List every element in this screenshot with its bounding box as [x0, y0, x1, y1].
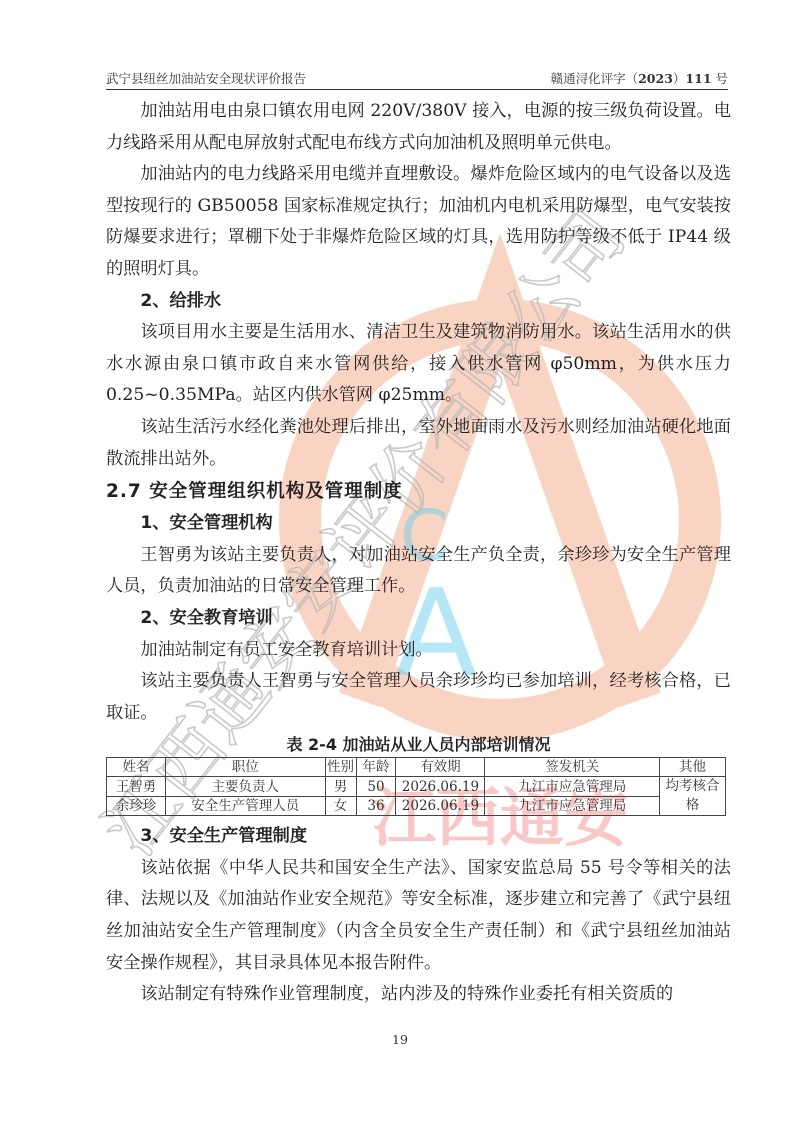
cell-position: 主要负责人: [165, 777, 325, 797]
paragraph-regulations: 该站依据《中华人民共和国安全生产法》、国家安监总局 55 号令等相关的法律、法规…: [106, 853, 731, 979]
cell-age: 50: [356, 777, 396, 797]
document-body: 加油站用电由泉口镇农用电网 220V/380V 接入，电源的按三级负荷设置。电力…: [106, 96, 731, 1011]
cell-age: 36: [356, 796, 396, 816]
cell-gender: 男: [325, 777, 356, 797]
header-cell: 年龄: [356, 758, 396, 777]
cell-issuer: 九江市应急管理局: [485, 777, 660, 797]
paragraph-water-supply: 该项目用水主要是生活用水、清洁卫生及建筑物消防用水。该站生活用水的供水水源由泉口…: [106, 317, 731, 412]
paragraph-training-plan: 加油站制定有员工安全教育培训计划。: [106, 635, 731, 667]
section-title: 2.7 安全管理组织机构及管理制度: [106, 475, 731, 508]
cell-validity: 2026.06.19: [396, 796, 485, 816]
paragraph-organization: 王智勇为该站主要负责人，对加油站安全生产负全责，余珍珍为安全生产管理人员，负责加…: [106, 540, 731, 603]
header-cell: 姓名: [107, 758, 166, 777]
subheading-organization: 1、安全管理机构: [106, 508, 731, 540]
cell-other-merged: 均考核合格: [660, 777, 726, 816]
subheading-water: 2、给排水: [106, 286, 731, 318]
table-caption: 表 2-4 加油站从业人员内部培训情况: [106, 733, 731, 757]
cell-name: 王智勇: [107, 777, 166, 797]
header-cell: 有效期: [396, 758, 485, 777]
cell-gender: 女: [325, 796, 356, 816]
cell-name: 余珍珍: [107, 796, 166, 816]
report-number: 赣通浔化评字（2023）111 号: [551, 69, 728, 87]
header-cell: 职位: [165, 758, 325, 777]
paragraph-drainage: 该站生活污水经化粪池处理后排出，室外地面雨水及污水则经加油站硬化地面散流排出站外…: [106, 412, 731, 475]
paragraph-electrical-lines: 加油站内的电力线路采用电缆并直埋敷设。爆炸危险区域内的电气设备以及选型按现行的 …: [106, 159, 731, 285]
document-page: A C 江西通安 江西通安安评价有限公司 武宁县纽丝加油站安全现状评价报告 赣通…: [0, 0, 800, 1131]
cell-issuer: 九江市应急管理局: [485, 796, 660, 816]
paragraph-training-status: 该站主要负责人王智勇与安全管理人员余珍珍均已参加培训，经考核合格，已取证。: [106, 666, 731, 729]
page-number: 19: [0, 1032, 800, 1047]
header-cell: 其他: [660, 758, 726, 777]
paragraph-special-operations: 该站制定有特殊作业管理制度，站内涉及的特殊作业委托有相关资质的: [106, 979, 731, 1011]
table-header-row: 姓名 职位 性别 年龄 有效期 签发机关 其他: [107, 758, 726, 777]
training-table: 姓名 职位 性别 年龄 有效期 签发机关 其他 王智勇 主要负责人 男 50 2…: [106, 757, 726, 816]
subheading-training: 2、安全教育培训: [106, 603, 731, 635]
paragraph-power-supply: 加油站用电由泉口镇农用电网 220V/380V 接入，电源的按三级负荷设置。电力…: [106, 96, 731, 159]
subheading-management-system: 3、安全生产管理制度: [106, 821, 731, 853]
table-row: 余珍珍 安全生产管理人员 女 36 2026.06.19 九江市应急管理局: [107, 796, 726, 816]
header-cell: 性别: [325, 758, 356, 777]
cell-position: 安全生产管理人员: [165, 796, 325, 816]
cell-validity: 2026.06.19: [396, 777, 485, 797]
table-row: 王智勇 主要负责人 男 50 2026.06.19 九江市应急管理局 均考核合格: [107, 777, 726, 797]
report-title: 武宁县纽丝加油站安全现状评价报告: [106, 69, 306, 87]
header-cell: 签发机关: [485, 758, 660, 777]
page-header: 武宁县纽丝加油站安全现状评价报告 赣通浔化评字（2023）111 号: [106, 67, 728, 90]
